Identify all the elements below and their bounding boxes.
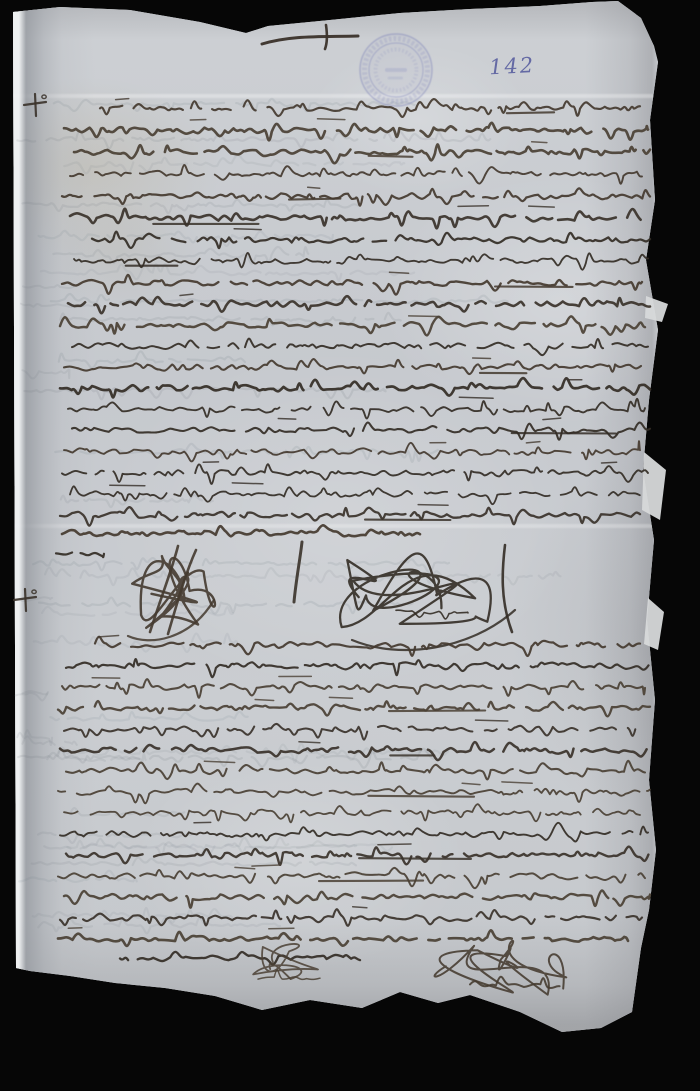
manuscript-entry-1 bbox=[56, 99, 650, 558]
manuscript-entry-2 bbox=[58, 636, 650, 965]
signature-rubric-right bbox=[294, 542, 515, 650]
torn-edge-fragments bbox=[642, 296, 668, 650]
folio-number: 142 bbox=[489, 53, 536, 79]
margin-cross-marks bbox=[14, 94, 46, 611]
closing-scribble-center bbox=[253, 944, 320, 979]
round-archive-stamp bbox=[359, 33, 433, 107]
closing-numerals-right bbox=[435, 941, 567, 995]
photographed-background: 142 bbox=[0, 0, 700, 1091]
heading-cross-mark bbox=[262, 25, 358, 49]
ink-overlay: 142 bbox=[0, 0, 700, 1091]
